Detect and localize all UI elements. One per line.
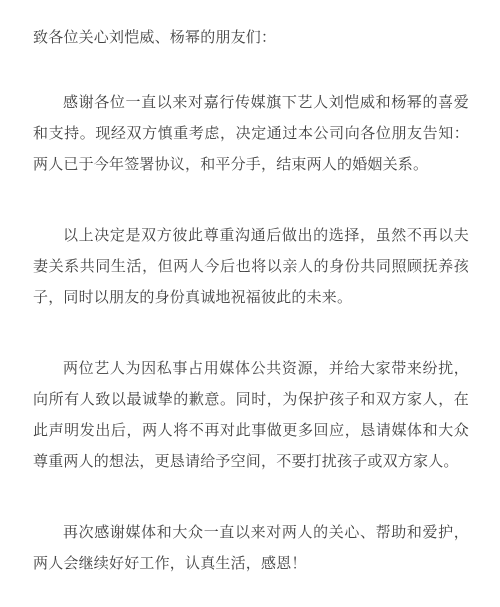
paragraph-decision-family: 以上决定是双方彼此尊重沟通后做出的选择，虽然不再以夫妻关系共同生活，但两人今后也… [33,220,469,313]
statement-document: 致各位关心刘恺威、杨幂的朋友们： 感谢各位一直以来对嘉行传媒旗下艺人刘恺威和杨幂… [0,0,500,607]
paragraph-gratitude-announcement: 感谢各位一直以来对嘉行传媒旗下艺人刘恺威和杨幂的喜爱和支持。现经双方慎重考虑，决… [33,87,469,180]
paragraph-apology-privacy: 两位艺人为因私事占用媒体公共资源，并给大家带来纷扰，向所有人致以最诚挚的歉意。同… [33,353,469,477]
page-background: { "page": { "background_color": "#ffffff… [0,0,500,607]
salutation: 致各位关心刘恺威、杨幂的朋友们： [33,22,469,53]
paragraph-thanks-closing: 再次感谢媒体和大众一直以来对两人的关心、帮助和爱护，两人会继续好好工作，认真生活… [33,517,469,579]
